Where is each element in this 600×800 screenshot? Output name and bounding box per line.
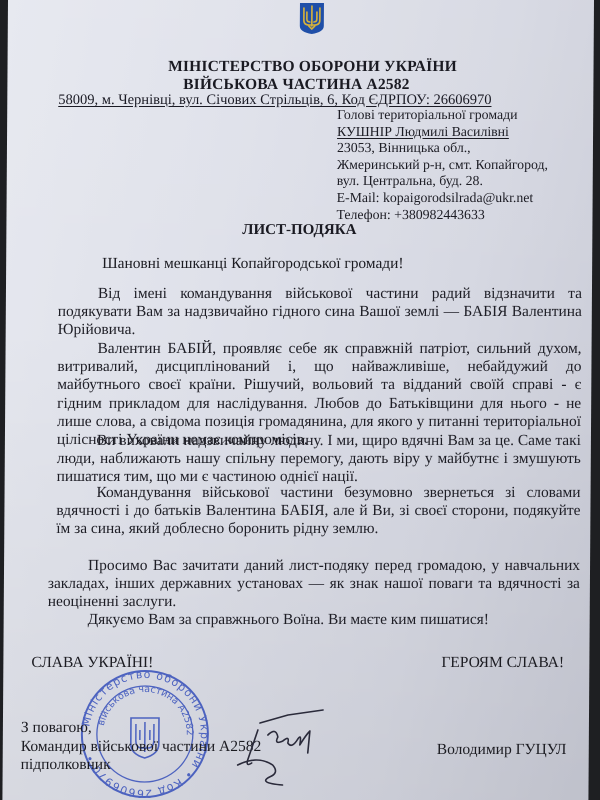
document-title: ЛИСТ-ПОДЯКА [6,222,592,239]
recipient-line: 23053, Вінницька обл., [337,140,548,157]
ministry-heading: МІНІСТЕРСТВО ОБОРОНИ УКРАЇНИ [19,58,600,76]
handwritten-signature [227,705,328,790]
recipient-line: вул. Центральна, буд. 28. [337,173,548,190]
signer-rank: підполковник [21,756,262,775]
regards: З повагою, [21,719,262,738]
coat-of-arms-icon [299,2,325,35]
signature-block: З повагою, Командир військової частини А… [21,719,262,775]
recipient-phone: Телефон: +380982443633 [336,207,547,224]
recipient-line: Жмеринський р-н, смт. Копайгород, [337,157,548,174]
greeting: Шановні мешканці Копайгородської громади… [102,255,403,273]
signer-position: Командир військової частини А2582 [21,738,262,757]
recipient-email: E-Mail: kopaigorodsilrada@ukr.net [337,190,548,207]
slogan-right: ГЕРОЯМ СЛАВА! [441,654,564,672]
recipient-line: Голові територіальної громади [337,107,548,124]
paragraph-1: Від імені командування військової частин… [58,285,582,340]
letter-page: МІНІСТЕРСТВО ОБОРОНИ УКРАЇНИ ВІЙСЬКОВА Ч… [2,0,594,800]
paragraph-4: Командування військової частини безумовн… [56,484,580,539]
signer-name: Володимир ГУЦУЛ [437,741,567,759]
paragraph-3: Ви виховали надзвичайну людину. І ми, щи… [57,432,581,487]
recipient-block: Голові територіальної громади КУШНІР Люд… [336,107,548,223]
recipient-name: КУШНІР Людмилі Василівні [337,124,548,141]
paragraph-6: Дякуємо Вам за справжнього Воїна. Ви має… [48,611,580,629]
paragraph-5: Просимо Вас зачитати даний лист-подяку п… [48,557,580,612]
